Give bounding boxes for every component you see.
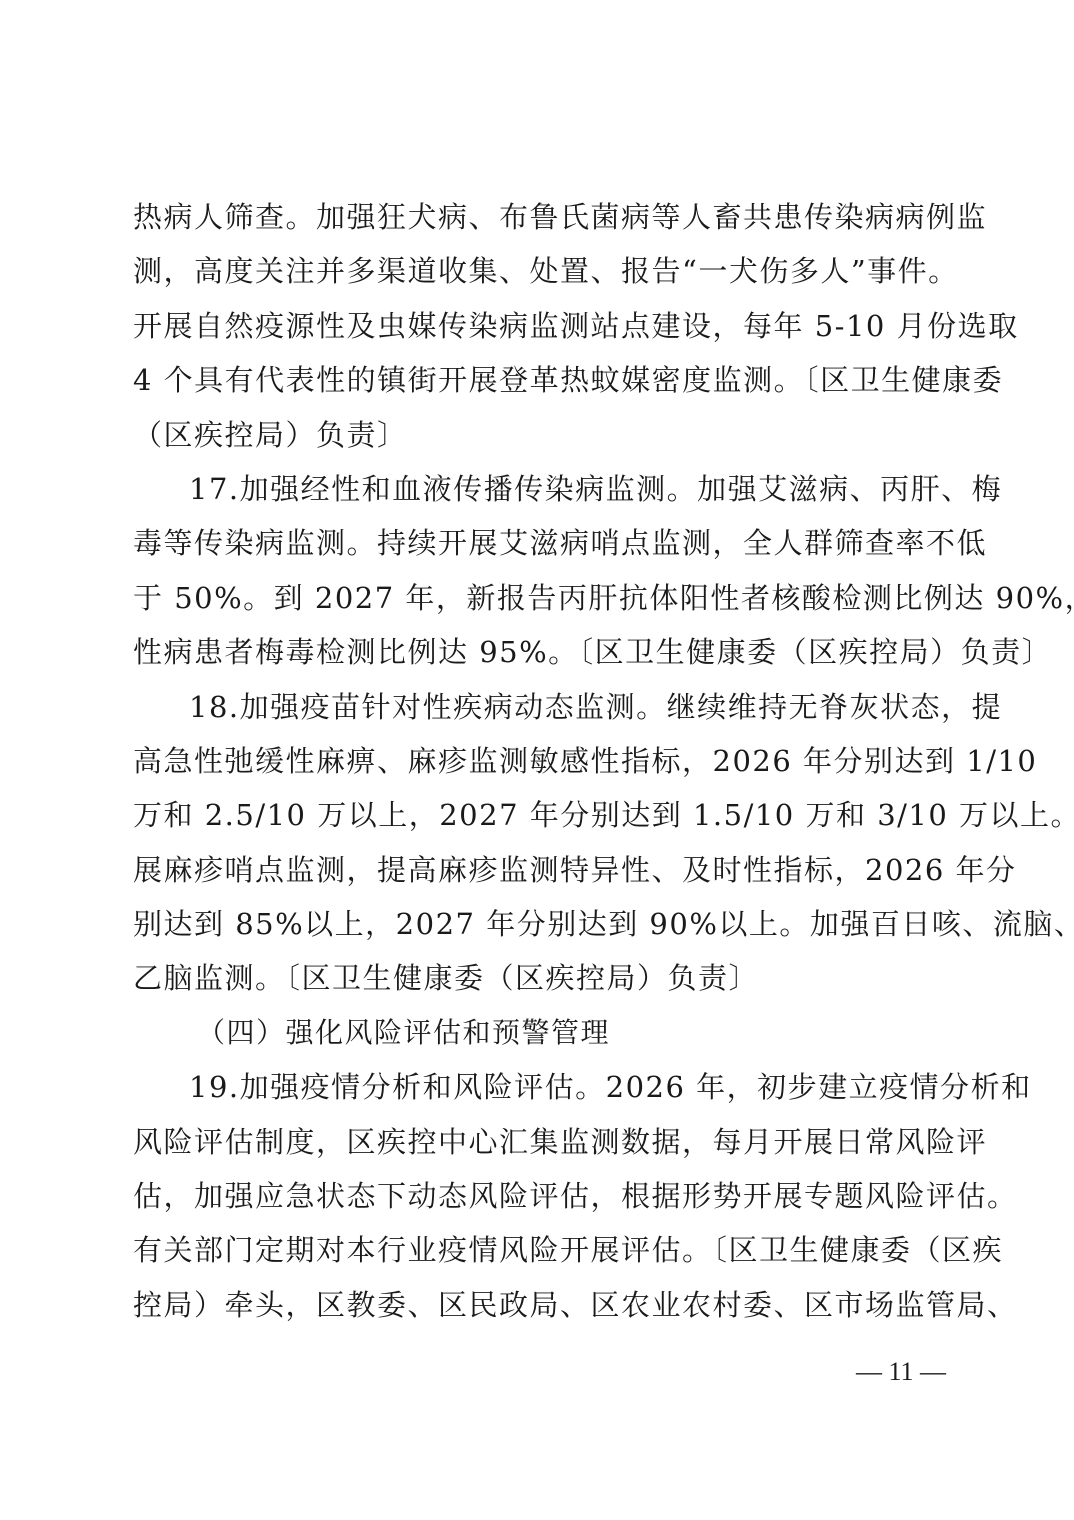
text-line-1: 热病人筛查。加强狂犬病、布鲁氏菌病等人畜共患传染病病例监 bbox=[133, 190, 943, 244]
text-line-15: 乙脑监测。〔区卫生健康委（区疾控局）负责〕 bbox=[133, 951, 943, 1005]
section-heading: （四）强化风险评估和预警管理 bbox=[133, 1006, 943, 1060]
text-line-8: 于 50%。到 2027 年，新报告丙肝抗体阳性者核酸检测比例达 90%， bbox=[133, 571, 943, 625]
text-line-18: 风险评估制度，区疾控中心汇集监测数据，每月开展日常风险评 bbox=[133, 1115, 943, 1169]
page-number: — 11 — bbox=[856, 1356, 946, 1388]
text-line-2: 测，高度关注并多渠道收集、处置、报告“一犬伤多人”事件。 bbox=[133, 244, 943, 298]
document-page: 热病人筛查。加强狂犬病、布鲁氏菌病等人畜共患传染病病例监 测，高度关注并多渠道收… bbox=[0, 0, 1074, 1520]
item-17-title-line: 17.加强经性和血液传播传染病监测。加强艾滋病、丙肝、梅 bbox=[133, 462, 943, 516]
text-line-12: 万和 2.5/10 万以上，2027 年分别达到 1.5/10 万和 3/10 … bbox=[133, 788, 943, 842]
text-line-21: 控局）牵头，区教委、区民政局、区农业农村委、区市场监管局、 bbox=[133, 1278, 943, 1332]
text-line-9: 性病患者梅毒检测比例达 95%。〔区卫生健康委（区疾控局）负责〕 bbox=[133, 625, 943, 679]
text-line-11: 高急性弛缓性麻痹、麻疹监测敏感性指标，2026 年分别达到 1/10 bbox=[133, 734, 943, 788]
text-line-4: 4 个具有代表性的镇街开展登革热蚊媒密度监测。〔区卫生健康委 bbox=[133, 353, 943, 407]
text-line-3: 开展自然疫源性及虫媒传染病监测站点建设，每年 5-10 月份选取 bbox=[133, 299, 943, 353]
text-line-14: 别达到 85%以上，2027 年分别达到 90%以上。加强百日咳、流脑、 bbox=[133, 897, 943, 951]
document-body: 热病人筛查。加强狂犬病、布鲁氏菌病等人畜共患传染病病例监 测，高度关注并多渠道收… bbox=[133, 190, 943, 1332]
text-line-5: （区疾控局）负责〕 bbox=[133, 408, 943, 462]
text-line-19: 估，加强应急状态下动态风险评估，根据形势开展专题风险评估。 bbox=[133, 1169, 943, 1223]
item-18-title-line: 18.加强疫苗针对性疾病动态监测。继续维持无脊灰状态，提 bbox=[133, 680, 943, 734]
text-line-7: 毒等传染病监测。持续开展艾滋病哨点监测，全人群筛查率不低 bbox=[133, 516, 943, 570]
text-line-20: 有关部门定期对本行业疫情风险开展评估。〔区卫生健康委（区疾 bbox=[133, 1223, 943, 1277]
text-line-13: 展麻疹哨点监测，提高麻疹监测特异性、及时性指标，2026 年分 bbox=[133, 843, 943, 897]
item-19-title-line: 19.加强疫情分析和风险评估。2026 年，初步建立疫情分析和 bbox=[133, 1060, 943, 1114]
